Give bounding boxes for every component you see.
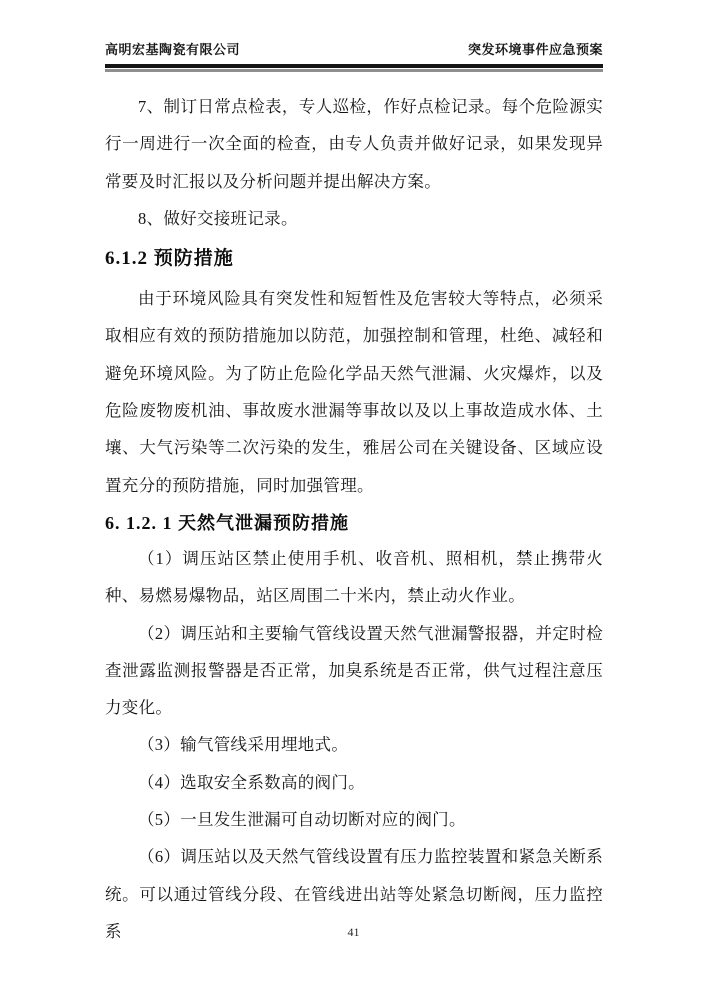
header-company-name: 高明宏基陶瓷有限公司 (105, 42, 240, 58)
subsection-heading-6-1-2-1: 6. 1.2. 1 天然气泄漏预防措施 (105, 508, 603, 538)
paragraph-item-8: 8、做好交接班记录。 (105, 200, 603, 237)
page-number: 41 (348, 925, 360, 939)
paragraph-measure-1: （1）调压站区禁止使用手机、收音机、照相机，禁止携带火种、易燃易爆物品，站区周围… (105, 540, 603, 615)
document-body: 7、制订日常点检表，专人巡检，作好点检记录。每个危险源实行一周进行一次全面的检查… (105, 88, 603, 950)
paragraph-measure-4: （4）选取安全系数高的阀门。 (105, 764, 603, 801)
paragraph-item-7: 7、制订日常点检表，专人巡检，作好点检记录。每个危险源实行一周进行一次全面的检查… (105, 88, 603, 200)
page-header: 高明宏基陶瓷有限公司 突发环境事件应急预案 (105, 42, 603, 72)
page-footer: 41 (0, 924, 707, 940)
header-rule-thin (105, 69, 603, 72)
paragraph-measure-5: （5）一旦发生泄漏可自动切断对应的阀门。 (105, 801, 603, 838)
page-header-row: 高明宏基陶瓷有限公司 突发环境事件应急预案 (105, 42, 603, 58)
header-doc-title: 突发环境事件应急预案 (468, 42, 603, 58)
document-page: 高明宏基陶瓷有限公司 突发环境事件应急预案 7、制订日常点检表，专人巡检，作好点… (0, 0, 707, 1000)
paragraph-measure-3: （3）输气管线采用埋地式。 (105, 726, 603, 763)
paragraph-prevention-intro: 由于环境风险具有突发性和短暂性及危害较大等特点，必须采取相应有效的预防措施加以防… (105, 280, 603, 504)
header-rule-thick (105, 64, 603, 68)
paragraph-measure-2: （2）调压站和主要输气管线设置天然气泄漏警报器，并定时检查泄露监测报警器是否正常… (105, 615, 603, 727)
section-heading-6-1-2: 6.1.2 预防措施 (105, 245, 603, 273)
